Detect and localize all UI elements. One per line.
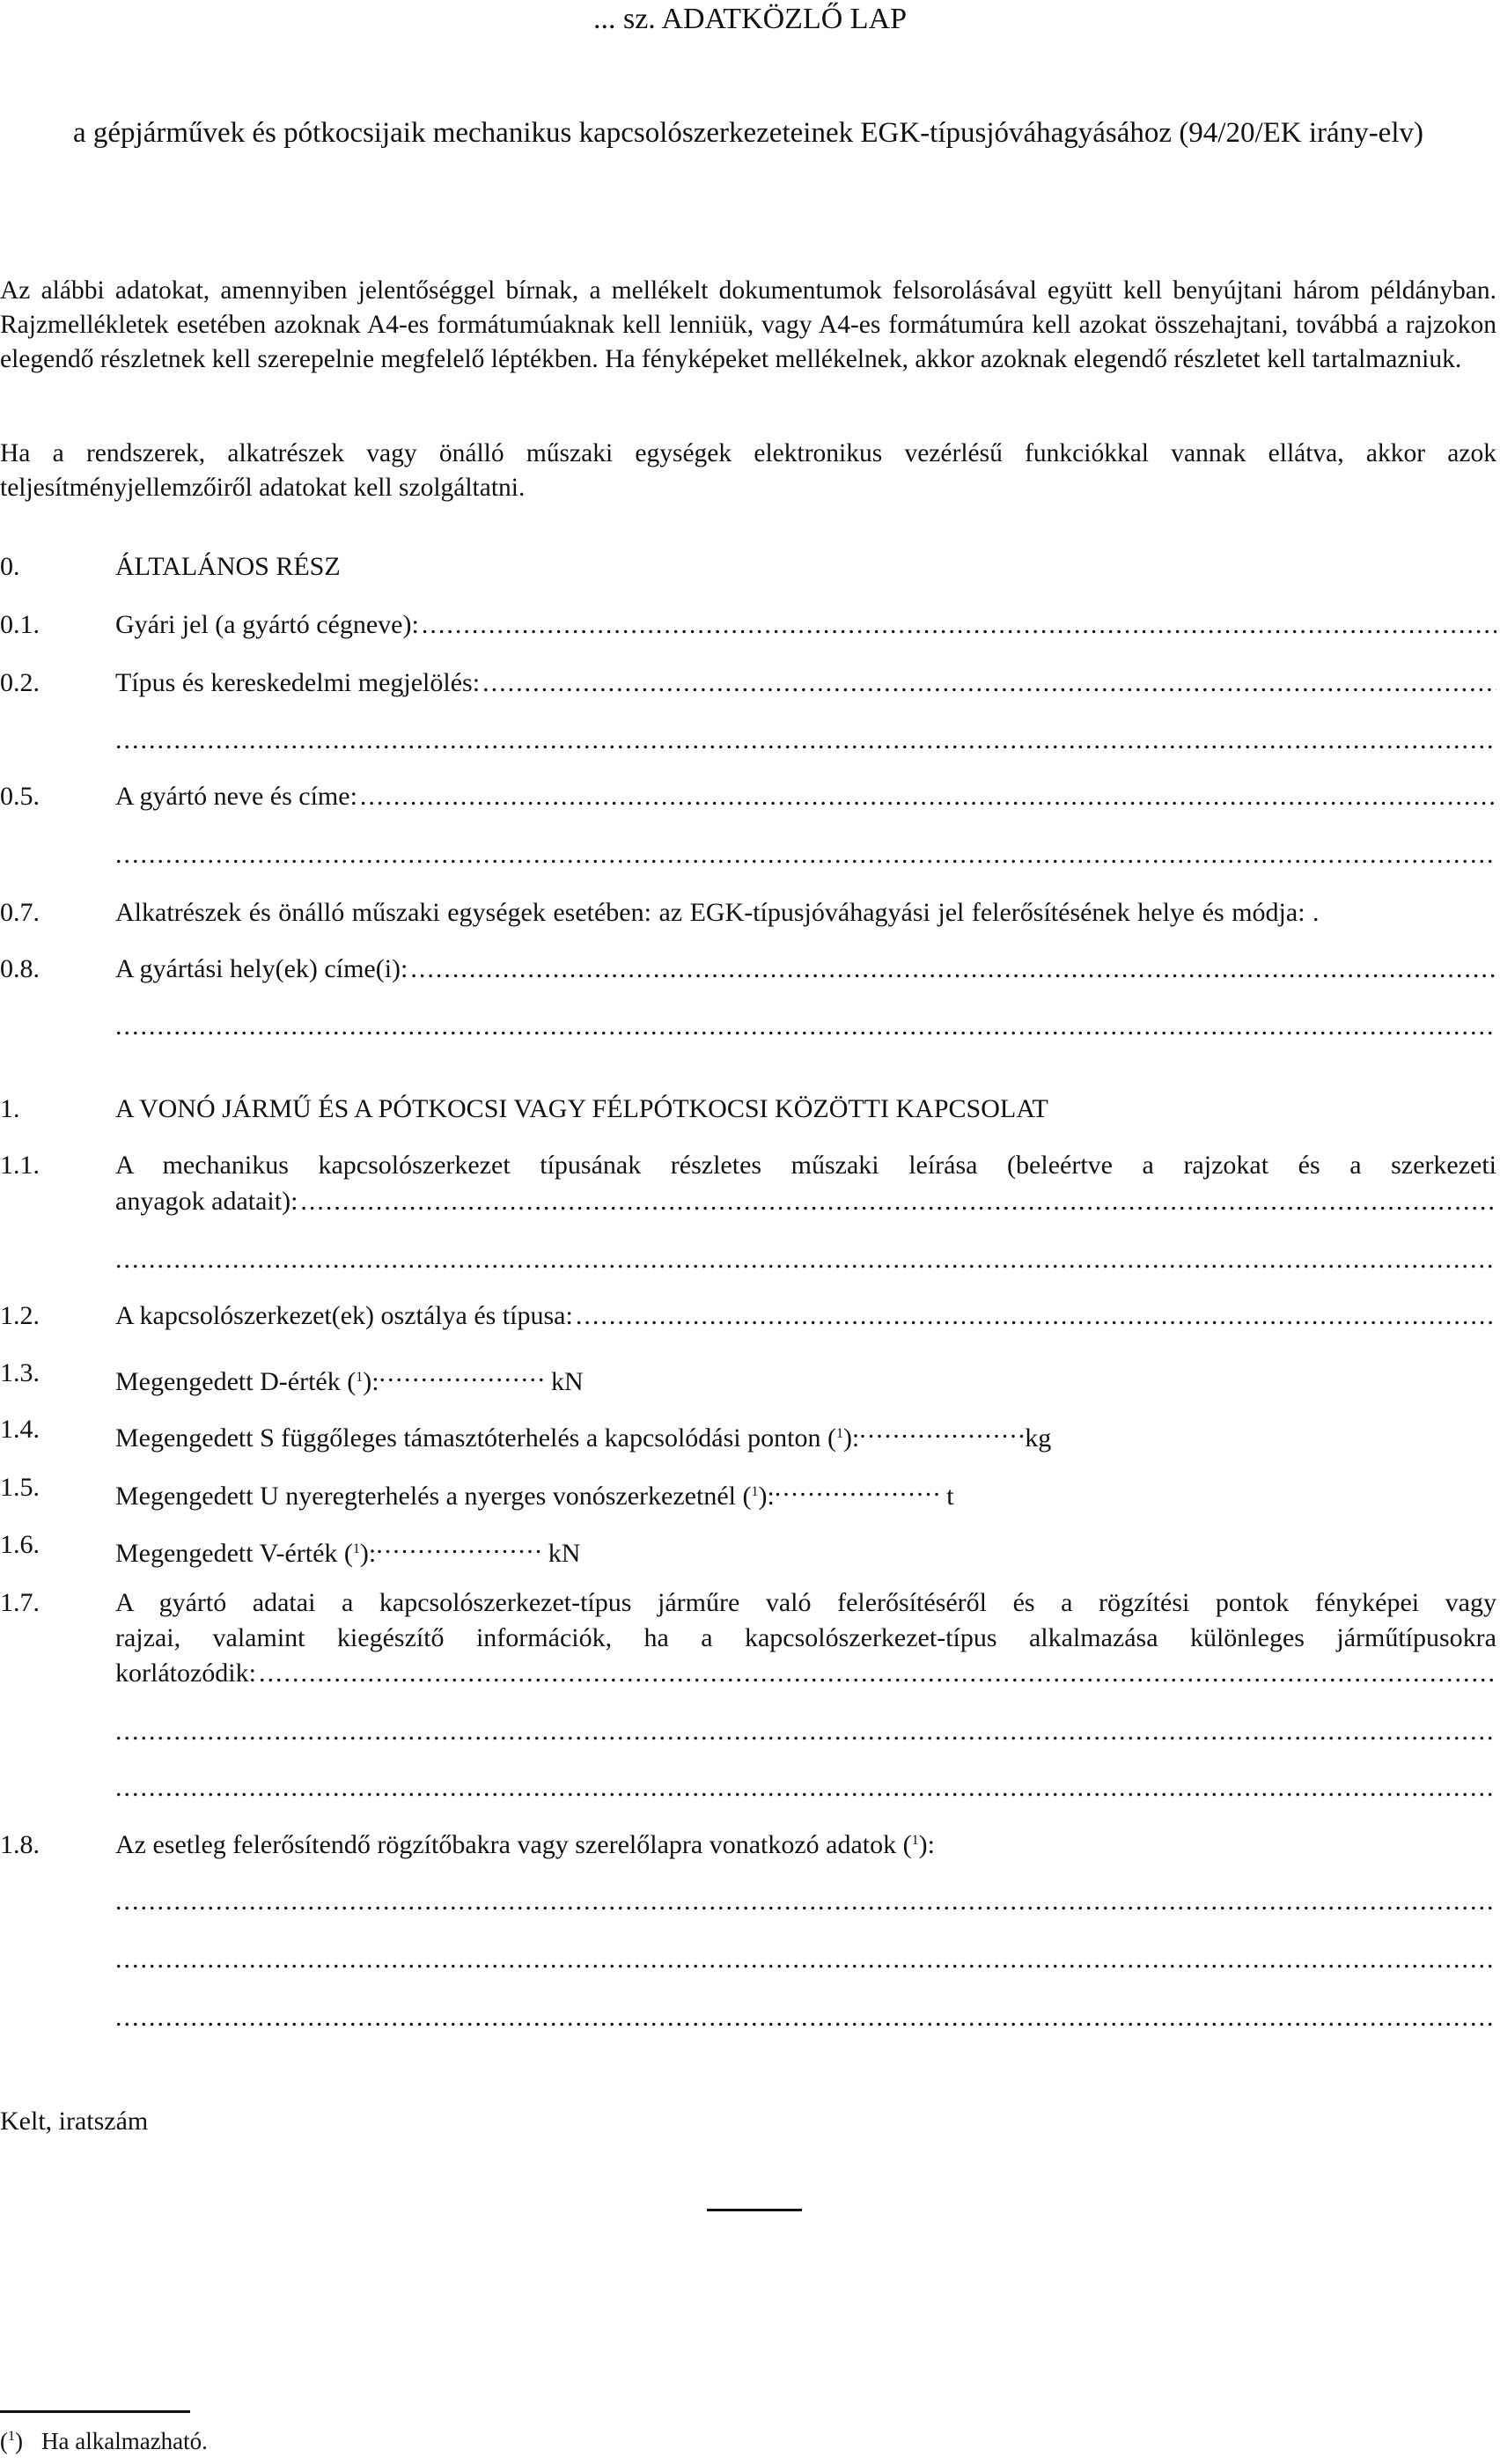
- item-1-7-label-line2: rajzai, valamint kiegészítő információk,…: [115, 1622, 1496, 1655]
- dotted-fill-line[interactable]: [422, 608, 1496, 642]
- end-separator-rule: [707, 2209, 802, 2211]
- item-1-4-number: 1.4.: [0, 1413, 40, 1446]
- dotted-fill-line[interactable]: [360, 780, 1496, 813]
- item-1-4-field[interactable]: Megengedett S függőleges támasztóterhelé…: [115, 1413, 1496, 1455]
- item-0-5-field[interactable]: A gyártó neve és címe:: [115, 780, 1496, 813]
- dotted-fill-line[interactable]: [115, 724, 1496, 757]
- item-0-2-field[interactable]: Típus és kereskedelmi megjelölés:: [115, 666, 1496, 700]
- item-1-6-field[interactable]: Megengedett V-érték (1): kN: [115, 1528, 1496, 1570]
- item-1-2-number: 1.2.: [0, 1299, 40, 1333]
- closing-date-reference: Kelt, iratszám: [0, 2105, 148, 2138]
- dotted-fill-short[interactable]: [859, 1413, 1025, 1446]
- item-0-5-number: 0.5.: [0, 780, 40, 813]
- item-0-1-field[interactable]: Gyári jel (a gyártó cégneve):: [115, 608, 1496, 642]
- dotted-fill-line[interactable]: [115, 1885, 1496, 1918]
- section-1-heading: A VONÓ JÁRMŰ ÉS A PÓTKOCSI VAGY FÉLPÓTKO…: [115, 1092, 1496, 1126]
- item-0-2-label: Típus és kereskedelmi megjelölés:: [115, 666, 480, 700]
- item-0-8-label: A gyártási hely(ek) címe(i):: [115, 953, 408, 986]
- item-1-6-unit: kN: [548, 1539, 581, 1568]
- item-1-3-unit: kN: [551, 1367, 584, 1396]
- item-1-5-label: Megengedett U nyeregterhelés a nyerges v…: [115, 1482, 751, 1511]
- footnote-text: Ha alkalmazható.: [41, 2428, 208, 2454]
- dotted-fill-line[interactable]: [115, 1243, 1496, 1276]
- item-1-4-unit: kg: [1025, 1423, 1051, 1453]
- item-1-1-number: 1.1.: [0, 1149, 40, 1182]
- item-1-5-number: 1.5.: [0, 1471, 40, 1504]
- dotted-fill-short[interactable]: [775, 1471, 940, 1504]
- item-1-3-number: 1.3.: [0, 1357, 40, 1390]
- item-1-7-label-line3: korlátozódik:: [115, 1657, 256, 1690]
- footnote-ref[interactable]: 1: [353, 1541, 360, 1556]
- dotted-fill-line[interactable]: [115, 1943, 1496, 1976]
- item-1-7-field[interactable]: korlátozódik:: [115, 1657, 1496, 1690]
- item-1-5-field[interactable]: Megengedett U nyeregterhelés a nyerges v…: [115, 1471, 1496, 1513]
- dotted-fill-line[interactable]: [115, 1010, 1496, 1043]
- item-0-8-number: 0.8.: [0, 953, 40, 986]
- item-1-6-number: 1.6.: [0, 1528, 40, 1562]
- footnote: (1)Ha alkalmazható.: [0, 2426, 208, 2456]
- dotted-fill-line[interactable]: [115, 1715, 1496, 1748]
- item-0-5-label: A gyártó neve és címe:: [115, 780, 357, 813]
- dotted-fill-line[interactable]: [259, 1657, 1496, 1690]
- item-1-1-field[interactable]: anyagok adatait):: [115, 1185, 1496, 1218]
- dotted-fill-short[interactable]: [379, 1357, 545, 1390]
- dotted-fill-short[interactable]: [376, 1528, 541, 1562]
- document-title: ... sz. ADATKÖZLŐ LAP: [0, 2, 1500, 37]
- item-1-7-number: 1.7.: [0, 1586, 40, 1620]
- item-1-6-suffix: ):: [360, 1539, 376, 1568]
- intro-paragraph-2: Ha a rendszerek, alkatrészek vagy önálló…: [0, 437, 1496, 505]
- item-1-5-suffix: ):: [758, 1482, 774, 1511]
- item-1-8-suffix: ):: [919, 1830, 935, 1859]
- item-1-5-unit: t: [946, 1482, 953, 1511]
- dotted-fill-line[interactable]: [115, 2001, 1496, 2034]
- footnote-mark: (1): [0, 2426, 41, 2456]
- item-1-1-label-line2: anyagok adatait):: [115, 1185, 298, 1218]
- dotted-fill-line[interactable]: [410, 953, 1496, 986]
- item-0-1-label: Gyári jel (a gyártó cégneve):: [115, 608, 419, 642]
- intro-paragraph-1: Az alábbi adatokat, amennyiben jelentősé…: [0, 274, 1496, 377]
- section-0-number: 0.: [0, 550, 20, 584]
- item-1-7-label-line1: A gyártó adatai a kapcsolószerkezet-típu…: [115, 1586, 1496, 1620]
- item-1-3-suffix: ):: [363, 1367, 379, 1396]
- item-1-2-field[interactable]: A kapcsolószerkezet(ek) osztálya és típu…: [115, 1299, 1496, 1333]
- item-0-7-number: 0.7.: [0, 896, 40, 930]
- section-1-number: 1.: [0, 1092, 20, 1126]
- item-1-8-number: 1.8.: [0, 1828, 40, 1862]
- item-1-2-label: A kapcsolószerkezet(ek) osztálya és típu…: [115, 1299, 573, 1333]
- dotted-fill-line[interactable]: [482, 666, 1496, 700]
- item-1-3-field[interactable]: Megengedett D-érték (1): kN: [115, 1357, 1496, 1399]
- dotted-fill-line[interactable]: [115, 838, 1496, 872]
- item-1-4-label: Megengedett S függőleges támasztóterhelé…: [115, 1423, 836, 1453]
- item-0-7-label: Alkatrészek és önálló műszaki egységek e…: [115, 896, 1496, 930]
- item-0-1-number: 0.1.: [0, 608, 40, 642]
- footnote-separator-rule: [0, 2410, 190, 2413]
- item-1-4-suffix: ):: [843, 1423, 859, 1453]
- footnote-ref[interactable]: 1: [912, 1833, 919, 1848]
- item-1-6-label: Megengedett V-érték (: [115, 1539, 353, 1568]
- footnote-ref[interactable]: 1: [836, 1426, 843, 1441]
- item-1-1-label-line1: A mechanikus kapcsolószerkezet típusának…: [115, 1149, 1496, 1182]
- item-1-3-label: Megengedett D-érték (: [115, 1367, 356, 1396]
- item-0-8-field[interactable]: A gyártási hely(ek) címe(i):: [115, 953, 1496, 986]
- document-subtitle: a gépjárművek és pótkocsijaik mechanikus…: [0, 116, 1496, 150]
- item-0-2-number: 0.2.: [0, 666, 40, 700]
- item-1-8-label: Az esetleg felerősítendő rögzítőbakra va…: [115, 1830, 912, 1859]
- item-1-8-field: Az esetleg felerősítendő rögzítőbakra va…: [115, 1828, 1496, 1862]
- dotted-fill-line[interactable]: [115, 1771, 1496, 1805]
- section-0-heading: ÁLTALÁNOS RÉSZ: [115, 550, 1496, 584]
- dotted-fill-line[interactable]: [300, 1185, 1496, 1218]
- dotted-fill-line[interactable]: [576, 1299, 1496, 1333]
